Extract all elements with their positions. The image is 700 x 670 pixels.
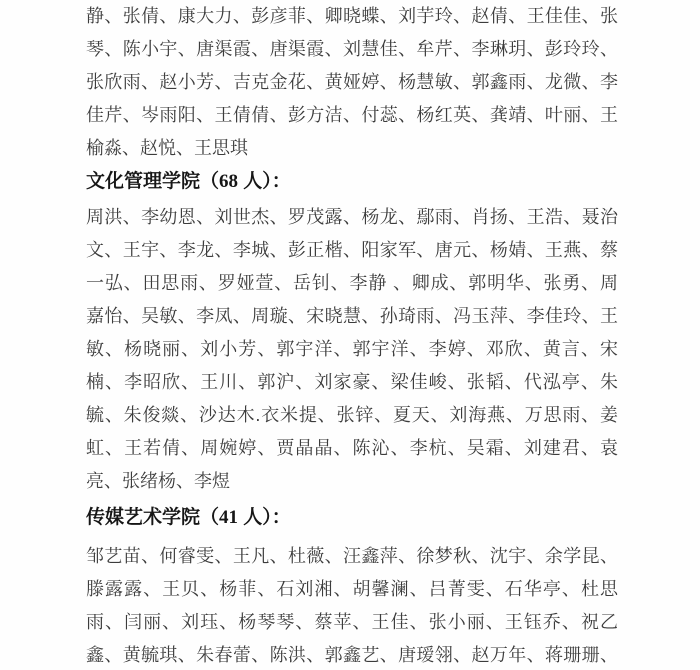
section-heading-culture-management: 文化管理学院（68 人）： <box>86 165 618 198</box>
text-line: 佳芹、岑雨阳、王倩倩、彭方洁、付蕊、杨红英、龚靖、叶丽、王 <box>86 99 618 132</box>
text-line: 毓、朱俊燚、沙达木.衣米提、张锌、夏天、刘海燕、万思雨、姜 <box>86 399 618 432</box>
text-line: 静、张倩、康大力、彭彦菲、卿晓蝶、刘芋玲、赵倩、王佳佳、张 <box>86 0 618 33</box>
text-line: 鑫、黄毓琪、朱春蕾、陈洪、郭鑫艺、唐瑷翎、赵万年、蒋珊珊、 <box>86 639 618 670</box>
text-line: 张欣雨、赵小芳、吉克金花、黄娅婷、杨慧敏、郭鑫雨、龙微、李 <box>86 66 618 99</box>
text-line: 滕露露、王贝、杨菲、石刘湘、胡馨澜、吕菁雯、石华亭、杜思 <box>86 573 618 606</box>
section-count: 68 <box>219 171 238 192</box>
intro-name-list: 静、张倩、康大力、彭彦菲、卿晓蝶、刘芋玲、赵倩、王佳佳、张琴、陈小宇、唐渠霞、唐… <box>86 0 618 165</box>
document-page: 静、张倩、康大力、彭彦菲、卿晓蝶、刘芋玲、赵倩、王佳佳、张琴、陈小宇、唐渠霞、唐… <box>0 0 700 670</box>
section-heading-prefix: 传媒艺术学院（ <box>86 507 219 528</box>
section-heading-media-arts: 传媒艺术学院（41 人）： <box>86 501 618 534</box>
section-heading-suffix: 人）： <box>238 171 291 192</box>
text-line: 敏、杨晓丽、刘小芳、郭宇洋、郭宇洋、李婷、邓欣、黄言、宋 <box>86 333 618 366</box>
text-line: 琴、陈小宇、唐渠霞、唐渠霞、刘慧佳、牟芹、李琳玥、彭玲玲、 <box>86 33 618 66</box>
text-line: 周洪、李幼恩、刘世杰、罗茂露、杨龙、鄢雨、肖扬、王浩、聂治 <box>86 201 618 234</box>
culture-management-name-list: 周洪、李幼恩、刘世杰、罗茂露、杨龙、鄢雨、肖扬、王浩、聂治文、王宇、李龙、李城、… <box>86 201 618 498</box>
text-line: 榆淼、赵悦、王思琪 <box>86 132 618 165</box>
section-heading-prefix: 文化管理学院（ <box>86 171 219 192</box>
media-arts-name-list: 邹艺苗、何睿雯、王凡、杜薇、汪鑫萍、徐梦秋、沈宇、余学昆、滕露露、王贝、杨菲、石… <box>86 540 618 670</box>
text-line: 楠、李昭欣、王川、郭沪、刘家豪、梁佳峻、张韬、代泓亭、朱 <box>86 366 618 399</box>
text-line: 文、王宇、李龙、李城、彭正楷、阳家军、唐元、杨婧、王燕、蔡 <box>86 234 618 267</box>
text-line: 亮、张绪杨、李煜 <box>86 465 618 498</box>
text-line: 雨、闫丽、刘珏、杨琴琴、蔡苹、王佳、张小丽、王钰乔、祝乙 <box>86 606 618 639</box>
text-line: 一弘、田思雨、罗娅萱、岳钊、李静 、卿成、郭明华、张勇、周 <box>86 267 618 300</box>
section-heading-suffix: 人）： <box>238 507 291 528</box>
text-line: 嘉怡、吴敏、李凤、周璇、宋晓慧、孙琦雨、冯玉萍、李佳玲、王 <box>86 300 618 333</box>
section-count: 41 <box>219 507 238 528</box>
text-line: 虹、王若倩、周婉婷、贾晶晶、陈沁、李杭、吴霜、刘建君、袁 <box>86 432 618 465</box>
text-line: 邹艺苗、何睿雯、王凡、杜薇、汪鑫萍、徐梦秋、沈宇、余学昆、 <box>86 540 618 573</box>
